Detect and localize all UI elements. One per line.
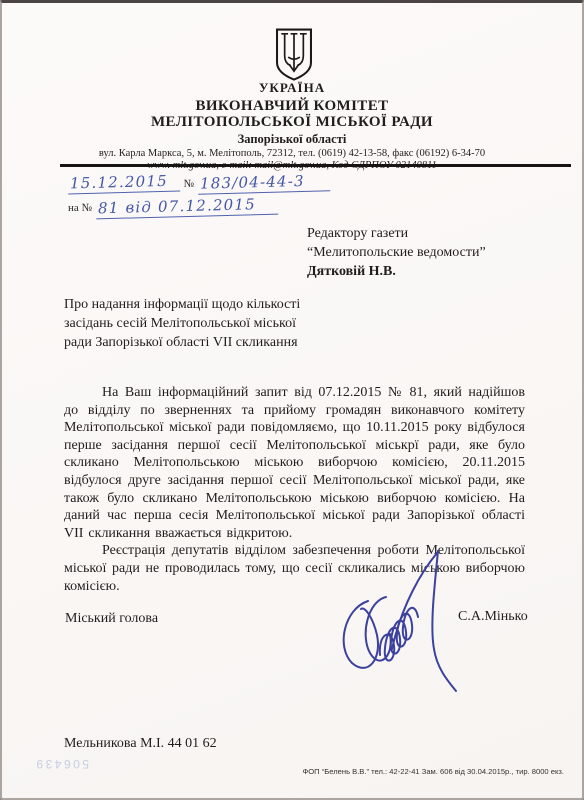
number-sign-label: № <box>184 178 195 190</box>
outgoing-number-handwritten: 183/04-44-3 <box>197 171 329 194</box>
recipient-block: Редактору газети “Мелитопольские ведомос… <box>307 224 486 281</box>
subject-line1: Про надання інформації щодо кількості <box>64 295 300 314</box>
reference-block: 15.12.2015 № 183/04-44-3 на № 81 від 07.… <box>68 173 330 221</box>
scan-artifact-number: 506439 <box>34 757 89 771</box>
recipient-name: Дятковій Н.В. <box>307 262 486 281</box>
subject-line2: засідань сесій Мелітопольської міської <box>64 314 300 333</box>
reference-line-incoming: на № 81 від 07.12.2015 <box>68 197 330 217</box>
incoming-ref-handwritten: 81 від 07.12.2015 <box>95 195 277 220</box>
letterhead: УКРАЇНА ВИКОНАВЧИЙ КОМІТЕТ МЕЛІТОПОЛЬСЬК… <box>2 81 582 172</box>
region-line: Запорізької області <box>2 132 582 146</box>
org-name-line1: ВИКОНАВЧИЙ КОМІТЕТ <box>2 98 582 115</box>
country-name: УКРАЇНА <box>2 81 582 96</box>
executor-contact: Мельникова М.І. 44 01 62 <box>64 736 217 752</box>
reference-line-outgoing: 15.12.2015 № 183/04-44-3 <box>68 173 330 193</box>
org-name-line2: МЕЛІТОПОЛЬСЬКОЇ МІСЬКОЇ РАДИ <box>2 114 582 131</box>
signer-name: С.А.Мінько <box>458 609 528 625</box>
address-line: вул. Карла Маркса, 5, м. Мелітополь, 723… <box>2 148 582 160</box>
scanned-letter-page: УКРАЇНА ВИКОНАВЧИЙ КОМІТЕТ МЕЛІТОПОЛЬСЬК… <box>0 0 584 800</box>
ukraine-trident-icon <box>266 27 322 83</box>
body-paragraph-1: На Ваш інформаційний запит від 07.12.201… <box>64 384 525 542</box>
subject-block: Про надання інформації щодо кількості за… <box>64 295 300 352</box>
signer-position-title: Міський голова <box>65 611 158 627</box>
subject-line3: ради Запорізької області VII скликання <box>64 333 300 352</box>
reply-to-label: на № <box>68 202 92 214</box>
letterhead-divider <box>60 164 571 167</box>
recipient-role: Редактору газети <box>307 224 486 243</box>
print-shop-footer: ФОП “Белень В.В.” тел.: 42-22-41 Зам. 60… <box>302 767 564 776</box>
recipient-organization: “Мелитопольские ведомости” <box>307 243 486 262</box>
outgoing-date-handwritten: 15.12.2015 <box>68 172 180 195</box>
